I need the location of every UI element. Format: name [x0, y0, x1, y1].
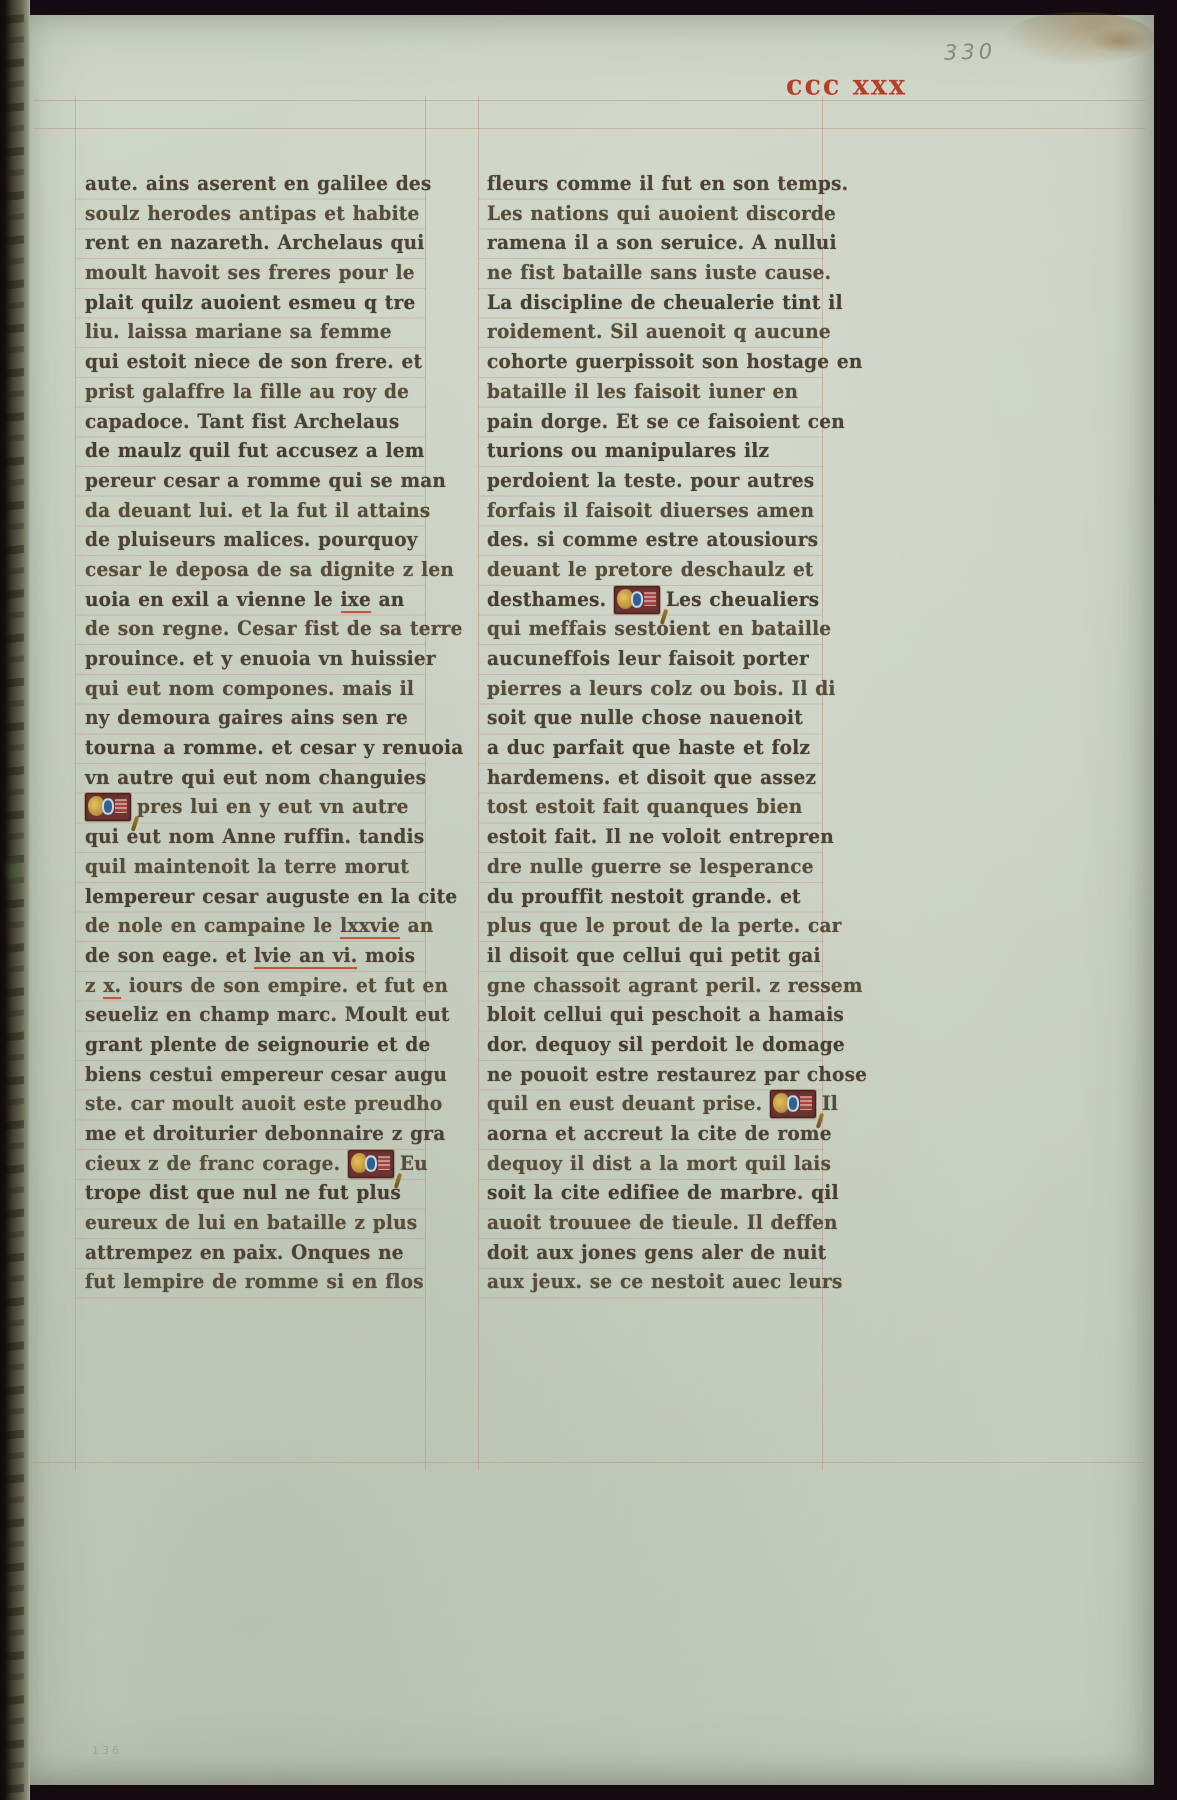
manuscript-line: quil en eust deuant prise. Il [487, 1089, 823, 1120]
initial-blue-panel [102, 799, 114, 816]
text-run: gne chassoit agrant peril. z ressem [487, 975, 863, 997]
manuscript-line: de pluiseurs malices. pourquoy [85, 525, 426, 556]
manuscript-line: pres lui en y eut vn autre [85, 792, 426, 823]
manuscript-line: dequoy il dist a la mort quil lais [487, 1149, 823, 1180]
manuscript-line: liu. laissa mariane sa femme [85, 317, 426, 348]
manuscript-line: soit que nulle chose nauenoit [487, 703, 823, 734]
text-run: qui estoit niece de son frere. et [85, 351, 422, 373]
text-run: trope dist que nul ne fut plus [85, 1183, 401, 1205]
manuscript-line: aucuneffois leur faisoit porter [487, 644, 823, 675]
manuscript-line: aorna et accreut la cite de rome [487, 1119, 823, 1150]
manuscript-line: me et droiturier debonnaire z gra [85, 1119, 426, 1150]
manuscript-line: bloit cellui qui peschoit a hamais [487, 1000, 823, 1031]
manuscript-line: tourna a romme. et cesar y renuoia [85, 733, 426, 764]
manuscript-line: dor. dequoy sil perdoit le domage [487, 1030, 823, 1061]
text-run: capadoce. Tant fist Archelaus [85, 411, 399, 433]
text-run: mois [357, 945, 415, 967]
text-run: biens cestui empereur cesar augu [85, 1064, 447, 1086]
manuscript-line: deuant le pretore deschaulz et [487, 555, 823, 586]
manuscript-line: quil maintenoit la terre morut [85, 852, 426, 883]
text-run: desthames. [487, 589, 614, 611]
manuscript-line: soit la cite edifiee de marbre. qil [487, 1178, 823, 1209]
text-run: pierres a leurs colz ou bois. Il di [487, 678, 836, 700]
manuscript-line: pain dorge. Et se ce faisoient cen [487, 407, 823, 438]
text-run: des. si comme estre atousiours [487, 529, 818, 551]
text-run: aute. ains aserent en galilee des [85, 173, 431, 195]
parchment-stain [2, 850, 28, 890]
text-run: prouince. et y enuoia vn huissier [85, 648, 436, 670]
manuscript-line: prouince. et y enuoia vn huissier [85, 644, 426, 675]
text-run: Les nations qui auoient discorde [487, 203, 836, 225]
initial-blue-panel [631, 591, 643, 608]
manuscript-line: desthames. Les cheualiers [487, 585, 823, 616]
text-run: aux jeux. se ce nestoit auec leurs [487, 1272, 843, 1294]
rubricated-text: ixe [341, 589, 371, 613]
text-run: qui eut nom Anne ruffin. tandis [85, 826, 424, 848]
text-run: uoia en exil a vienne le [85, 589, 341, 611]
manuscript-line: ne fist bataille sans iuste cause. [487, 258, 823, 289]
text-run: cieux z de franc corage. [85, 1153, 348, 1175]
manuscript-line: fleurs comme il fut en son temps. [487, 169, 823, 200]
text-run: pres lui en y eut vn autre [137, 797, 409, 819]
manuscript-line: plus que le prout de la perte. car [487, 911, 823, 942]
text-run: prist galaffre la fille au roy de [85, 381, 409, 403]
text-run: an [400, 915, 433, 937]
text-run: de son eage. et [85, 945, 254, 967]
text-run: plus que le prout de la perte. car [487, 915, 842, 937]
rubricated-text: x. [103, 975, 121, 999]
manuscript-line: gne chassoit agrant peril. z ressem [487, 971, 823, 1002]
text-run: a duc parfait que haste et folz [487, 737, 810, 759]
text-run: hardemens. et disoit que assez [487, 767, 816, 789]
rubricated-text: lxxvie [340, 915, 400, 939]
ruling-line [34, 100, 1146, 101]
text-run: quil maintenoit la terre morut [85, 856, 409, 878]
text-run: soit que nulle chose nauenoit [487, 708, 803, 730]
manuscript-line: des. si comme estre atousiours [487, 525, 823, 556]
manuscript-line: grant plente de seignourie et de [85, 1030, 426, 1061]
manuscript-line: aux jeux. se ce nestoit auec leurs [487, 1267, 823, 1298]
text-run: deuant le pretore deschaulz et [487, 559, 814, 581]
text-run: ne fist bataille sans iuste cause. [487, 262, 831, 284]
text-run: Eu [400, 1153, 428, 1175]
text-run: perdoient la teste. pour autres [487, 470, 814, 492]
manuscript-line: qui estoit niece de son frere. et [85, 347, 426, 378]
manuscript-line: ste. car moult auoit este preudho [85, 1089, 426, 1120]
text-run: vn autre qui eut nom changuies [85, 767, 426, 789]
text-run: iours de son empire. et fut en [121, 975, 448, 997]
text-run: de nole en campaine le [85, 915, 340, 937]
text-run: auoit trouuee de tieule. Il deffen [487, 1212, 838, 1234]
manuscript-line: Les nations qui auoient discorde [487, 199, 823, 230]
manuscript-line: qui eut nom compones. mais il [85, 674, 426, 705]
text-run: liu. laissa mariane sa femme [85, 322, 392, 344]
text-run: qui eut nom compones. mais il [85, 678, 414, 700]
text-run: ste. car moult auoit este preudho [85, 1093, 442, 1115]
text-run: rent en nazareth. Archelaus qui [85, 233, 424, 255]
manuscript-line: ny demoura gaires ains sen re [85, 703, 426, 734]
text-run: fut lempire de romme si en flos [85, 1272, 424, 1294]
text-run: aucuneffois leur faisoit porter [487, 648, 809, 670]
manuscript-line: cieux z de franc corage. Eu [85, 1149, 426, 1180]
manuscript-line: seueliz en champ marc. Moult eut [85, 1000, 426, 1031]
manuscript-line: ramena il a son seruice. A nullui [487, 228, 823, 259]
manuscript-line: doit aux jones gens aler de nuit [487, 1238, 823, 1269]
text-run: tourna a romme. et cesar y renuoia [85, 737, 463, 759]
text-run: dre nulle guerre se lesperance [487, 856, 814, 878]
manuscript-line: rent en nazareth. Archelaus qui [85, 228, 426, 259]
manuscript-line: cesar le deposa de sa dignite z len [85, 555, 426, 586]
manuscript-line: ne pouoit estre restaurez par chose [487, 1060, 823, 1091]
text-run: ramena il a son seruice. A nullui [487, 233, 837, 255]
text-run: doit aux jones gens aler de nuit [487, 1242, 826, 1264]
pencil-folio-number: 330 [944, 39, 997, 65]
illuminated-initial-l [614, 586, 660, 614]
text-run: quil en eust deuant prise. [487, 1093, 770, 1115]
text-run: forfais il faisoit diuerses amen [487, 500, 814, 522]
manuscript-line: La discipline de cheualerie tint il [487, 288, 823, 319]
text-run: attrempez en paix. Onques ne [85, 1242, 404, 1264]
manuscript-line: z x. iours de son empire. et fut en [85, 971, 426, 1002]
text-run: roidement. Sil auenoit q aucune [487, 322, 831, 344]
manuscript-line: forfais il faisoit diuerses amen [487, 496, 823, 527]
text-run: pain dorge. Et se ce faisoient cen [487, 411, 845, 433]
manuscript-line: attrempez en paix. Onques ne [85, 1238, 426, 1269]
text-run: seueliz en champ marc. Moult eut [85, 1004, 450, 1026]
text-run: me et droiturier debonnaire z gra [85, 1123, 445, 1145]
ruling-line [34, 128, 1146, 129]
initial-red-panel [644, 592, 656, 606]
text-run: La discipline de cheualerie tint il [487, 292, 843, 314]
text-run: da deuant lui. et la fut il attains [85, 500, 430, 522]
manuscript-line: estoit fait. Il ne voloit entrepren [487, 822, 823, 853]
manuscript-line: de son regne. Cesar fist de sa terre [85, 614, 426, 645]
text-run: dor. dequoy sil perdoit le domage [487, 1034, 845, 1056]
ruling-line [34, 1462, 1146, 1463]
manuscript-line: qui meffais sestoient en bataille [487, 614, 823, 645]
initial-red-panel [115, 800, 127, 814]
text-run: il disoit que cellui qui petit gai [487, 945, 821, 967]
manuscript-line: prist galaffre la fille au roy de [85, 377, 426, 408]
manuscript-line: de son eage. et lvie an vi. mois [85, 941, 426, 972]
manuscript-line: capadoce. Tant fist Archelaus [85, 407, 426, 438]
manuscript-line: dre nulle guerre se lesperance [487, 852, 823, 883]
text-run: ne pouoit estre restaurez par chose [487, 1064, 867, 1086]
manuscript-line: trope dist que nul ne fut plus [85, 1178, 426, 1209]
text-run: tost estoit fait quanques bien [487, 797, 802, 819]
manuscript-line: hardemens. et disoit que assez [487, 763, 823, 794]
manuscript-line: perdoient la teste. pour autres [487, 466, 823, 497]
text-run: Il [822, 1093, 838, 1115]
text-run: de pluiseurs malices. pourquoy [85, 529, 418, 551]
manuscript-line: aute. ains aserent en galilee des [85, 169, 426, 200]
text-run: eureux de lui en bataille z plus [85, 1212, 417, 1234]
manuscript-line: plait quilz auoient esmeu q tre [85, 288, 426, 319]
rubric-folio-number: ccc xxx [786, 69, 907, 102]
text-run: soulz herodes antipas et habite [85, 203, 420, 225]
text-run: turions ou manipulares ilz [487, 440, 769, 462]
manuscript-line: uoia en exil a vienne le ixe an [85, 585, 426, 616]
manuscript-line: qui eut nom Anne ruffin. tandis [85, 822, 426, 853]
initial-blue-panel [365, 1155, 377, 1172]
manuscript-line: a duc parfait que haste et folz [487, 733, 823, 764]
manuscript-line: tost estoit fait quanques bien [487, 792, 823, 823]
manuscript-line: de nole en campaine le lxxvie an [85, 911, 426, 942]
manuscript-line: fut lempire de romme si en flos [85, 1267, 426, 1298]
text-run: qui meffais sestoient en bataille [487, 618, 831, 640]
parchment-stain [1090, 28, 1150, 54]
manuscript-line: il disoit que cellui qui petit gai [487, 941, 823, 972]
text-run: plait quilz auoient esmeu q tre [85, 292, 415, 314]
manuscript-line: roidement. Sil auenoit q aucune [487, 317, 823, 348]
text-run: cohorte guerpissoit son hostage en [487, 351, 863, 373]
manuscript-line: de maulz quil fut accusez a lem [85, 436, 426, 467]
text-run: fleurs comme il fut en son temps. [487, 173, 848, 195]
manuscript-line: pereur cesar a romme qui se man [85, 466, 426, 497]
manuscript-line: soulz herodes antipas et habite [85, 199, 426, 230]
initial-blue-panel [787, 1096, 799, 1113]
bottom-ink-mark: 136 [92, 1744, 122, 1757]
rubricated-text: lvie an vi. [254, 945, 357, 969]
text-column-right: fleurs comme il fut en son temps.Les nat… [487, 169, 823, 1297]
text-run: z [85, 975, 103, 997]
text-run: bloit cellui qui peschoit a hamais [487, 1004, 844, 1026]
text-run: pereur cesar a romme qui se man [85, 470, 446, 492]
manuscript-line: da deuant lui. et la fut il attains [85, 496, 426, 527]
manuscript-line: biens cestui empereur cesar augu [85, 1060, 426, 1091]
initial-red-panel [800, 1097, 812, 1111]
text-run: estoit fait. Il ne voloit entrepren [487, 826, 834, 848]
manuscript-line: vn autre qui eut nom changuies [85, 763, 426, 794]
text-run: grant plente de seignourie et de [85, 1034, 430, 1056]
manuscript-line: du prouffit nestoit grande. et [487, 882, 823, 913]
text-run: ny demoura gaires ains sen re [85, 708, 408, 730]
illuminated-initial-a [85, 793, 131, 821]
book-gutter-edge [0, 0, 30, 1800]
manuscript-line: cohorte guerpissoit son hostage en [487, 347, 823, 378]
text-run: an [371, 589, 404, 611]
text-column-left: aute. ains aserent en galilee dessoulz h… [85, 169, 426, 1297]
manuscript-line: bataille il les faisoit iuner en [487, 377, 823, 408]
manuscript-line: lempereur cesar auguste en la cite [85, 882, 426, 913]
text-run: dequoy il dist a la mort quil lais [487, 1153, 831, 1175]
manuscript-line: turions ou manipulares ilz [487, 436, 823, 467]
text-run: moult havoit ses freres pour le [85, 262, 415, 284]
manuscript-line: moult havoit ses freres pour le [85, 258, 426, 289]
text-run: lempereur cesar auguste en la cite [85, 886, 457, 908]
manuscript-line: auoit trouuee de tieule. Il deffen [487, 1208, 823, 1239]
text-run: bataille il les faisoit iuner en [487, 381, 798, 403]
initial-red-panel [378, 1156, 390, 1170]
text-run: Les cheualiers [666, 589, 819, 611]
illuminated-initial-e [348, 1150, 394, 1178]
illuminated-initial-i [770, 1090, 816, 1118]
text-run: du prouffit nestoit grande. et [487, 886, 801, 908]
text-run: cesar le deposa de sa dignite z len [85, 559, 454, 581]
text-run: de maulz quil fut accusez a lem [85, 440, 425, 462]
manuscript-line: eureux de lui en bataille z plus [85, 1208, 426, 1239]
text-run: de son regne. Cesar fist de sa terre [85, 618, 463, 640]
photograph-of-manuscript: { "folio": { "pencil_number": "330", "ru… [0, 0, 1177, 1800]
text-run: aorna et accreut la cite de rome [487, 1123, 832, 1145]
manuscript-line: pierres a leurs colz ou bois. Il di [487, 674, 823, 705]
text-run: soit la cite edifiee de marbre. qil [487, 1183, 839, 1205]
